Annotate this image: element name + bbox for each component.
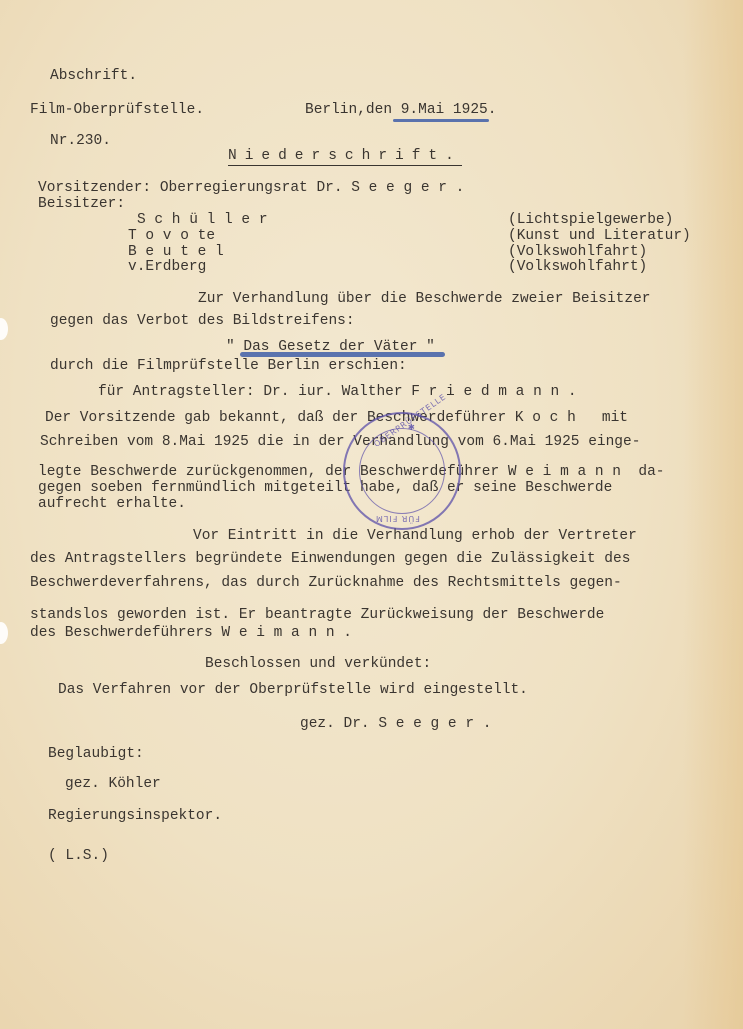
copy-label: Abschrift.: [50, 68, 137, 84]
certifier-title: Regierungsinspektor.: [48, 808, 222, 824]
assessor-field: (Lichtspielgewerbe): [508, 212, 673, 228]
paragraph-line: gegen soeben fernmündlich mitgeteilt hab…: [38, 480, 612, 496]
document-title: Niederschrift.: [228, 148, 462, 166]
assessor-field: (Volkswohlfahrt): [508, 259, 647, 275]
paragraph-line: aufrecht erhalte.: [38, 496, 186, 512]
paragraph-line: des Antragstellers begründete Einwendung…: [30, 551, 630, 567]
intro-line: durch die Filmprüfstelle Berlin erschien…: [50, 358, 407, 374]
paragraph-line: Beschwerdeverfahrens, das durch Zurückna…: [30, 575, 622, 591]
document-number: Nr.230.: [50, 133, 111, 149]
punch-hole: [0, 622, 8, 644]
assessor-name: S c h ü l l e r: [137, 212, 268, 228]
film-title-underline-mark: [240, 352, 445, 357]
paragraph-line: Vor Eintritt in die Verhandlung erhob de…: [193, 528, 637, 544]
resolved-label: Beschlossen und verkündet:: [205, 656, 431, 672]
intro-line: gegen das Verbot des Bildstreifens:: [50, 313, 355, 329]
decision-line: Das Verfahren vor der Oberprüfstelle wir…: [58, 682, 528, 698]
paragraph-line: des Beschwerdeführers W e i m a n n .: [30, 625, 352, 641]
intro-line: Zur Verhandlung über die Beschwerde zwei…: [198, 291, 650, 307]
official-stamp: ✱ OBERPRÜFSTELLE FÜR FILM: [343, 412, 461, 530]
punch-hole: [0, 318, 8, 340]
place-date: Berlin,den 9.Mai 1925.: [305, 102, 496, 118]
paragraph-line: standslos geworden ist. Er beantragte Zu…: [30, 607, 604, 623]
seal-mark: ( L.S.): [48, 848, 109, 864]
certifier-signature: gez. Köhler: [65, 776, 161, 792]
document-page: Abschrift. Film-Oberprüfstelle. Berlin,d…: [0, 0, 743, 1029]
assessors-label: Beisitzer:: [38, 196, 125, 212]
chair-line: Vorsitzender: Oberregierungsrat Dr. S e …: [38, 180, 464, 196]
certification-label: Beglaubigt:: [48, 746, 144, 762]
office-name: Film-Oberprüfstelle.: [30, 102, 204, 118]
paragraph-line: Der Vorsitzende gab bekannt, daß der Bes…: [45, 410, 628, 426]
applicant-line: für Antragsteller: Dr. iur. Walther F r …: [98, 384, 577, 400]
assessor-name: v.Erdberg: [128, 259, 206, 275]
date-underline-mark: [393, 119, 489, 122]
paragraph-line: Schreiben vom 8.Mai 1925 die in der Verh…: [40, 434, 640, 450]
assessor-field: (Kunst und Literatur): [508, 228, 691, 244]
assessor-name: B e u t e l: [128, 244, 224, 260]
stamp-text-bottom: FÜR FILM: [375, 514, 420, 523]
assessor-field: (Volkswohlfahrt): [508, 244, 647, 260]
chair-signature: gez. Dr. S e e g e r .: [300, 716, 491, 732]
assessor-name: T o v o te: [128, 228, 215, 244]
